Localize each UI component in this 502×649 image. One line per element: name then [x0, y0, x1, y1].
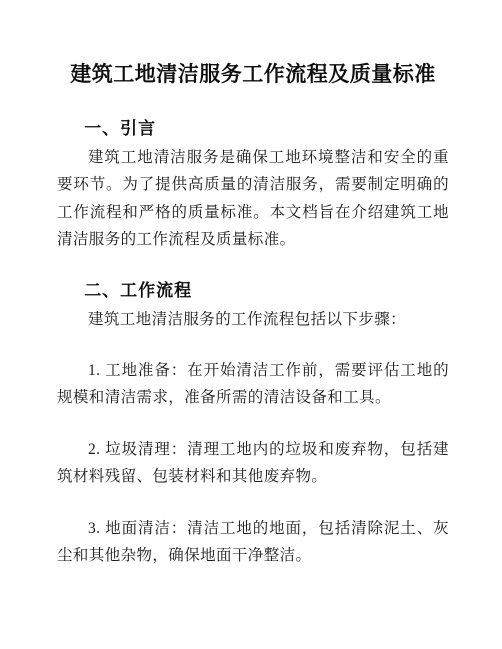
- section-heading-introduction: 一、引言: [57, 118, 449, 140]
- paragraph-workflow-intro: 建筑工地清洁服务的工作流程包括以下步骤：: [57, 306, 449, 333]
- document-title: 建筑工地清洁服务工作流程及质量标准: [57, 60, 449, 88]
- list-item-garbage-removal: 2. 垃圾清理：清理工地内的垃圾和废弃物，包括建筑材料残留、包装材料和其他废弃物…: [57, 436, 449, 491]
- paragraph-introduction: 建筑工地清洁服务是确保工地环境整洁和安全的重要环节。为了提供高质量的清洁服务，需…: [57, 144, 449, 254]
- section-heading-workflow: 二、工作流程: [57, 280, 449, 302]
- document-page: 建筑工地清洁服务工作流程及质量标准 一、引言 建筑工地清洁服务是确保工地环境整洁…: [0, 0, 502, 649]
- list-item-floor-cleaning: 3. 地面清洁：清洁工地的地面，包括清除泥土、灰尘和其他杂物，确保地面干净整洁。: [57, 515, 449, 570]
- list-item-site-preparation: 1. 工地准备：在开始清洁工作前，需要评估工地的规模和清洁需求，准备所需的清洁设…: [57, 357, 449, 412]
